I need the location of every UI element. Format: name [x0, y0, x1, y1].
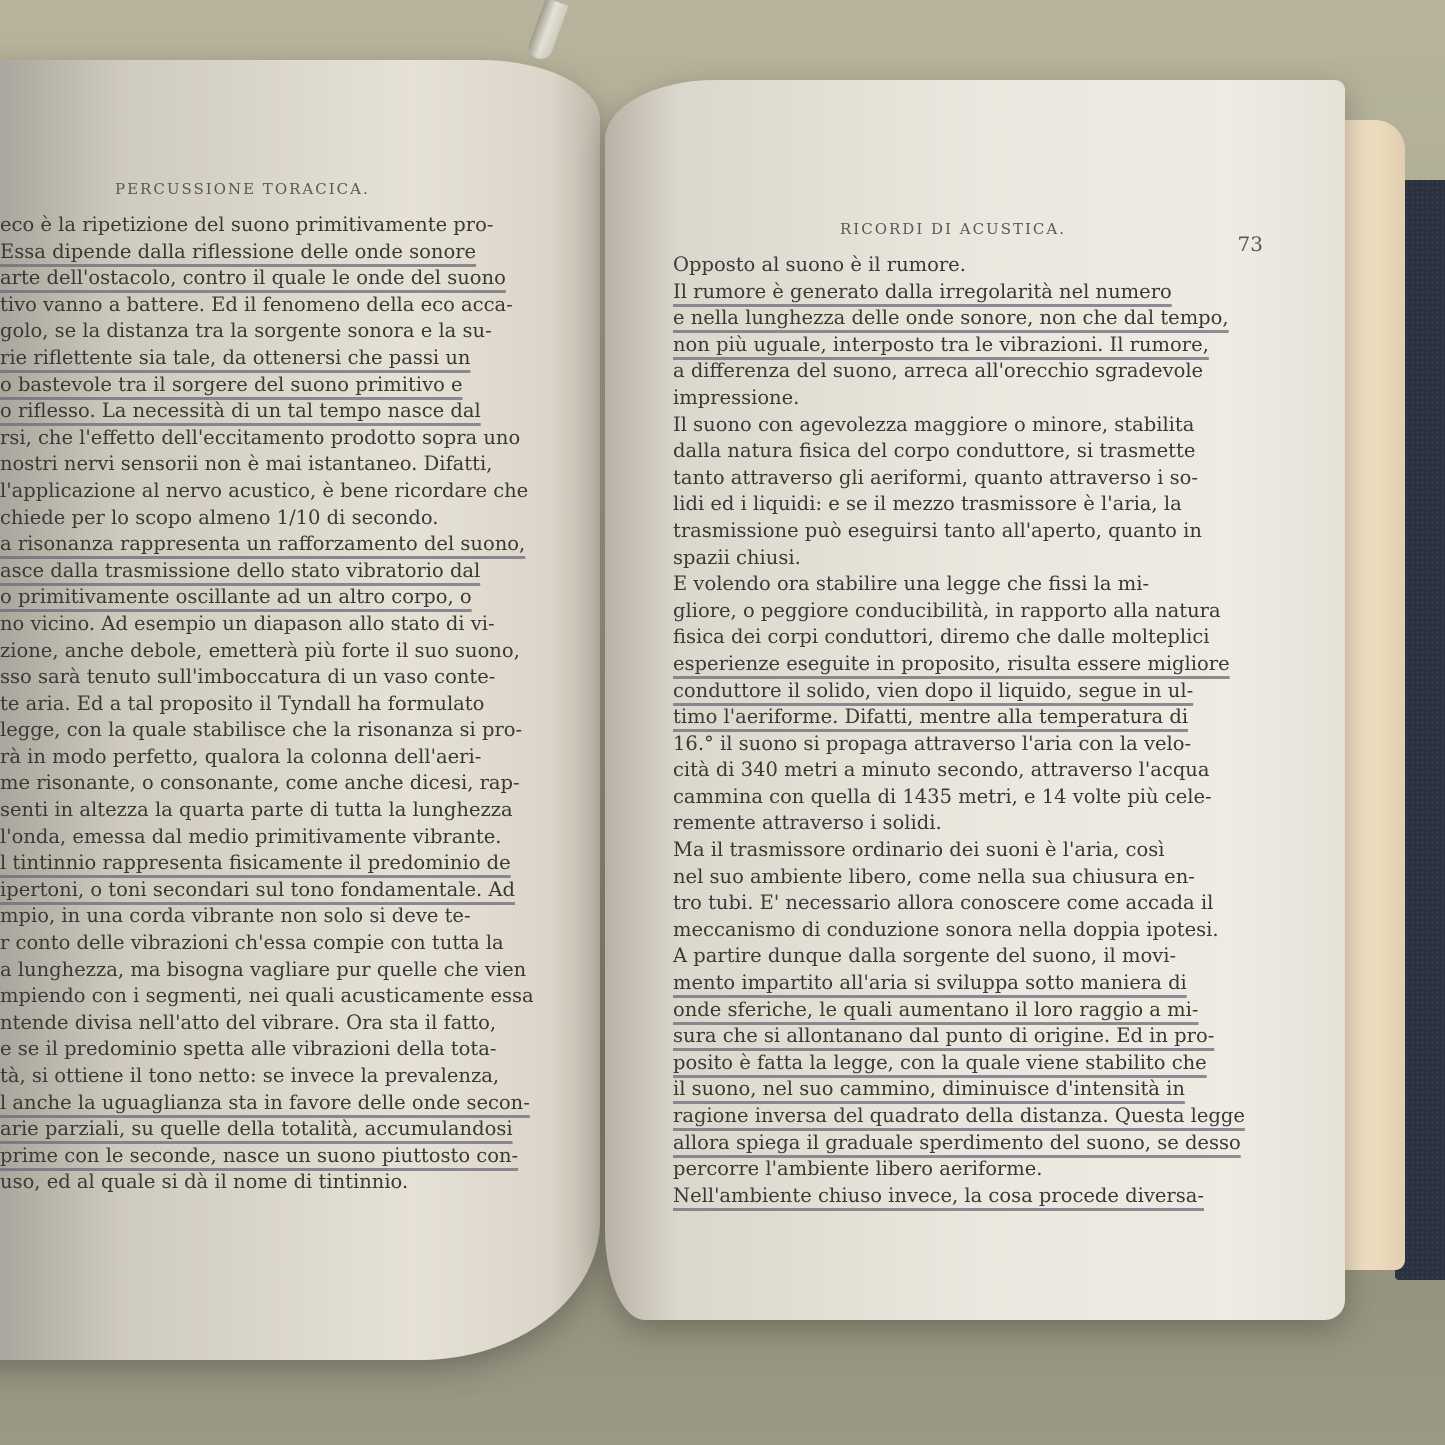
text-line: a differenza del suono, arreca all'orecc… — [673, 358, 1233, 385]
text-line: l'onda, emessa dal medio primitivamente … — [0, 824, 580, 851]
text-line: a lunghezza, ma bisogna vagliare pur que… — [0, 957, 580, 984]
right-page: RICORDI DI ACUSTICA. 73 Opposto al suono… — [605, 80, 1345, 1320]
text-line: rsi, che l'effetto dell'eccitamento prod… — [0, 425, 580, 452]
text-line: senti in altezza la quarta parte di tutt… — [0, 797, 580, 824]
text-line: mpiendo con i segmenti, nei quali acusti… — [0, 983, 580, 1010]
text-line: spazii chiusi. — [673, 545, 1233, 572]
text-line: rie riflettente sia tale, da ottenersi c… — [0, 345, 580, 372]
page-number: 73 — [1238, 232, 1263, 256]
running-head-right: RICORDI DI ACUSTICA. 73 — [673, 220, 1233, 238]
text-line: Nell'ambiente chiuso invece, la cosa pro… — [673, 1183, 1233, 1210]
text-line: gliore, o peggiore conducibilità, in rap… — [673, 598, 1233, 625]
text-line: remente attraverso i solidi. — [673, 810, 1233, 837]
text-line: arte dell'ostacolo, contro il quale le o… — [0, 265, 580, 292]
text-line: a risonanza rappresenta un rafforzamento… — [0, 531, 580, 558]
text-line: meccanismo di conduzione sonora nella do… — [673, 917, 1233, 944]
text-line: conduttore il solido, vien dopo il liqui… — [673, 678, 1233, 705]
text-line: E volendo ora stabilire una legge che fi… — [673, 571, 1233, 598]
text-line: il suono, nel suo cammino, diminuisce d'… — [673, 1076, 1233, 1103]
text-line: arie parziali, su quelle della totalità,… — [0, 1116, 580, 1143]
text-line: uso, ed al quale si dà il nome di tintin… — [0, 1169, 580, 1196]
text-line: A partire dunque dalla sorgente del suon… — [673, 943, 1233, 970]
text-line: onde sferiche, le quali aumentano il lor… — [673, 997, 1233, 1024]
text-line: nostri nervi sensorii non è mai istantan… — [0, 451, 580, 478]
text-line: fisica dei corpi conduttori, diremo che … — [673, 624, 1233, 651]
text-line: mpio, in una corda vibrante non solo si … — [0, 903, 580, 930]
text-line: tà, si ottiene il tono netto: se invece … — [0, 1063, 580, 1090]
text-line: ipertoni, o toni secondari sul tono fond… — [0, 877, 580, 904]
pencil-tip — [525, 0, 568, 62]
text-line: nel suo ambiente libero, come nella sua … — [673, 864, 1233, 891]
text-line: o bastevole tra il sorgere del suono pri… — [0, 372, 580, 399]
text-line: tanto attraverso gli aeriformi, quanto a… — [673, 465, 1233, 492]
text-line: l anche la uguaglianza sta in favore del… — [0, 1090, 580, 1117]
text-line: tivo vanno a battere. Ed il fenomeno del… — [0, 292, 580, 319]
text-line: Essa dipende dalla riflessione delle ond… — [0, 239, 580, 266]
text-line: percorre l'ambiente libero aeriforme. — [673, 1156, 1233, 1183]
text-line: trasmissione può eseguirsi tanto all'ape… — [673, 518, 1233, 545]
text-line: cammina con quella di 1435 metri, e 14 v… — [673, 784, 1233, 811]
left-page: PERCUSSIONE TORACICA. eco è la ripetizio… — [0, 60, 600, 1360]
text-line: rà in modo perfetto, qualora la colonna … — [0, 744, 580, 771]
text-line: o primitivamente oscillante ad un altro … — [0, 584, 580, 611]
text-line: prime con le seconde, nasce un suono piu… — [0, 1143, 580, 1170]
text-line: eco è la ripetizione del suono primitiva… — [0, 212, 580, 239]
right-page-text: RICORDI DI ACUSTICA. 73 Opposto al suono… — [673, 220, 1233, 1209]
text-line: cità di 340 metri a minuto secondo, attr… — [673, 757, 1233, 784]
text-line: impressione. — [673, 385, 1233, 412]
text-line: e nella lunghezza delle onde sonore, non… — [673, 305, 1233, 332]
text-line: 16.° il suono si propaga attraverso l'ar… — [673, 731, 1233, 758]
text-line: allora spiega il graduale sperdimento de… — [673, 1130, 1233, 1157]
text-line: ragione inversa del quadrato della dista… — [673, 1103, 1233, 1130]
photo-scene: PERCUSSIONE TORACICA. eco è la ripetizio… — [0, 0, 1445, 1445]
left-page-text: PERCUSSIONE TORACICA. eco è la ripetizio… — [0, 180, 580, 1196]
text-line: asce dalla trasmissione dello stato vibr… — [0, 558, 580, 585]
text-line: no vicino. Ad esempio un diapason allo s… — [0, 611, 580, 638]
text-line: mento impartito all'aria si sviluppa sot… — [673, 970, 1233, 997]
text-line: legge, con la quale stabilisce che la ri… — [0, 717, 580, 744]
right-page-lines: Opposto al suono è il rumore.Il rumore è… — [673, 252, 1233, 1209]
running-head-title: RICORDI DI ACUSTICA. — [840, 220, 1066, 238]
text-line: sso sarà tenuto sull'imboccatura di un v… — [0, 664, 580, 691]
text-line: l tintinnio rappresenta fisicamente il p… — [0, 850, 580, 877]
text-line: esperienze eseguite in proposito, risult… — [673, 651, 1233, 678]
running-head-left: PERCUSSIONE TORACICA. — [0, 180, 580, 198]
text-line: Il suono con agevolezza maggiore o minor… — [673, 412, 1233, 439]
text-line: sura che si allontanano dal punto di ori… — [673, 1023, 1233, 1050]
text-line: Opposto al suono è il rumore. — [673, 252, 1233, 279]
text-line: ntende divisa nell'atto del vibrare. Ora… — [0, 1010, 580, 1037]
text-line: l'applicazione al nervo acustico, è bene… — [0, 478, 580, 505]
text-line: Il rumore è generato dalla irregolarità … — [673, 279, 1233, 306]
text-line: Ma il trasmissore ordinario dei suoni è … — [673, 837, 1233, 864]
text-line: non più uguale, interposto tra le vibraz… — [673, 332, 1233, 359]
page-block-edges — [1340, 120, 1405, 1270]
left-page-lines: eco è la ripetizione del suono primitiva… — [0, 212, 580, 1196]
text-line: tro tubi. E' necessario allora conoscere… — [673, 890, 1233, 917]
text-line: r conto delle vibrazioni ch'essa compie … — [0, 930, 580, 957]
text-line: timo l'aeriforme. Difatti, mentre alla t… — [673, 704, 1233, 731]
text-line: te aria. Ed a tal proposito il Tyndall h… — [0, 691, 580, 718]
text-line: dalla natura fisica del corpo conduttore… — [673, 438, 1233, 465]
text-line: e se il predominio spetta alle vibrazion… — [0, 1036, 580, 1063]
text-line: chiede per lo scopo almeno 1/10 di secon… — [0, 505, 580, 532]
text-line: golo, se la distanza tra la sorgente son… — [0, 318, 580, 345]
text-line: o riflesso. La necessità di un tal tempo… — [0, 398, 580, 425]
text-line: me risonante, o consonante, come anche d… — [0, 770, 580, 797]
text-line: zione, anche debole, emetterà più forte … — [0, 638, 580, 665]
text-line: posito è fatta la legge, con la quale vi… — [673, 1050, 1233, 1077]
text-line: lidi ed i liquidi: e se il mezzo trasmis… — [673, 491, 1233, 518]
